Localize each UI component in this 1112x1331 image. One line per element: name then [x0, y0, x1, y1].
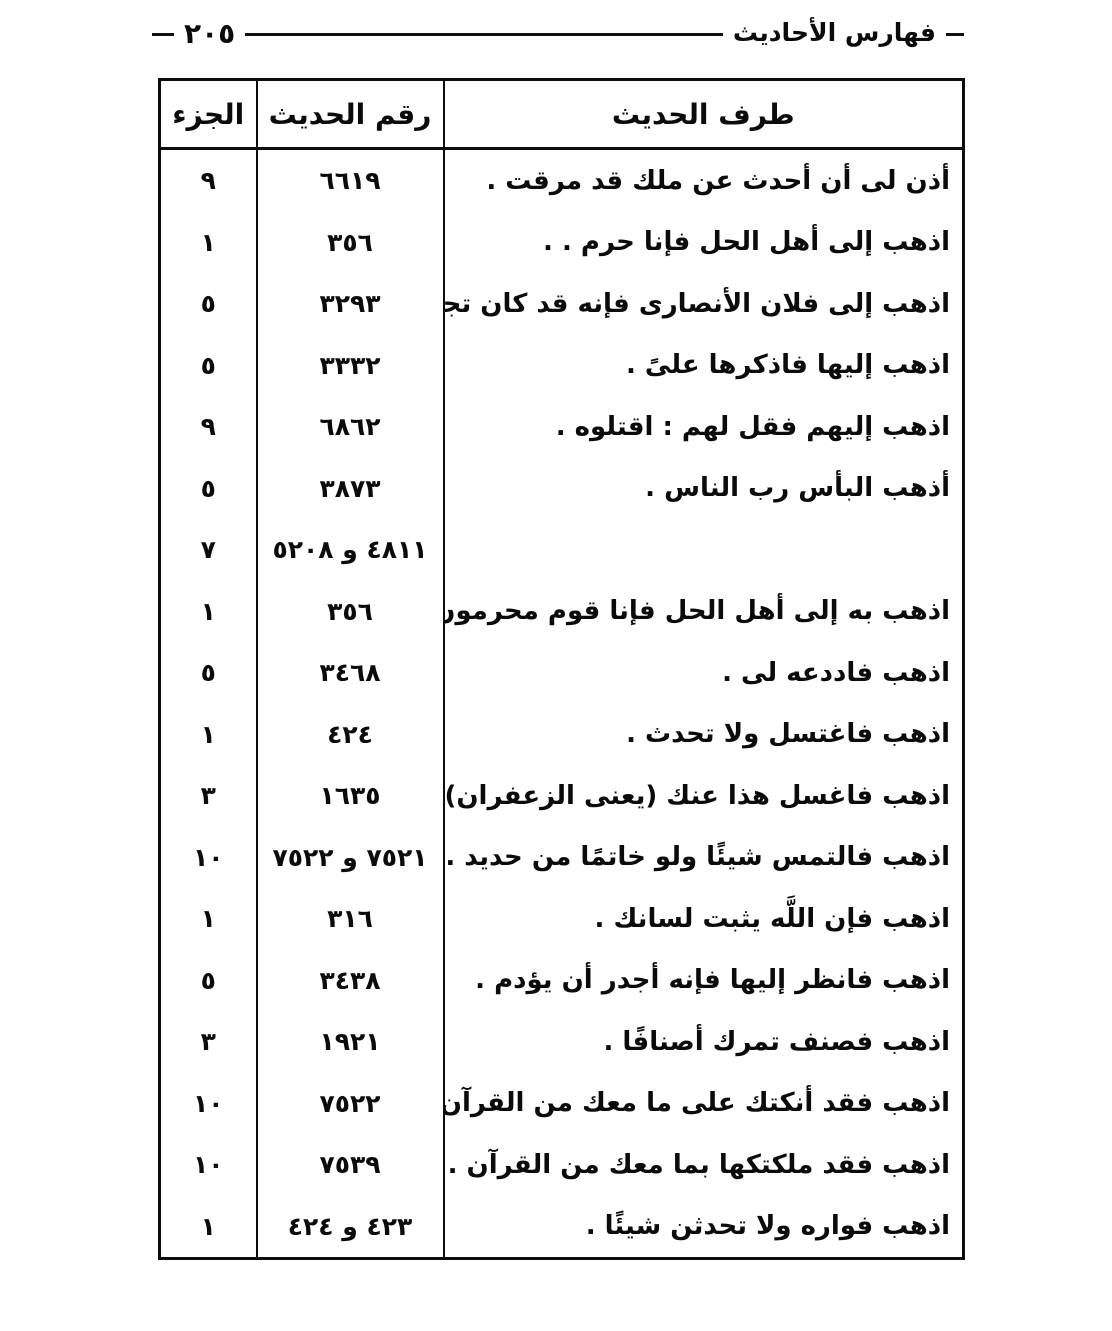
part-number-cell: ٣	[160, 765, 257, 827]
part-number-cell: ٩	[160, 149, 257, 212]
hadith-text-cell: اذهب فاغتسل ولا تحدث .	[444, 704, 964, 766]
part-number-cell: ٥	[160, 273, 257, 335]
hadith-text-cell: اذهب فقد ملكتكها بما معك من القرآن .	[444, 1134, 964, 1196]
hadith-text-cell: اذهب فواره ولا تحدثن شيئًا .	[444, 1196, 964, 1259]
table-row: اذهب فقد أنكتك على ما معك من القرآن . ٧٥…	[160, 1073, 964, 1135]
page-header: فهارس الأحاديث ٢٠٥	[152, 16, 964, 52]
header-dash-left	[152, 33, 174, 36]
table-row: ٤٨١١ و ٥٢٠٨ ٧	[160, 519, 964, 581]
hadith-number-cell: ٣٤٦٨	[257, 642, 444, 704]
part-number-cell: ١٠	[160, 827, 257, 889]
column-header-hadith-text: طرف الحديث	[444, 80, 964, 149]
hadith-number-cell: ٣١٦	[257, 888, 444, 950]
table-row: أذهب البأس رب الناس . ٣٨٧٣ ٥	[160, 458, 964, 520]
part-number-cell: ١	[160, 212, 257, 274]
hadith-number-cell: ١٩٢١	[257, 1011, 444, 1073]
table-body: أذن لى أن أحدث عن ملك قد مرقت . ٦٦١٩ ٩ ا…	[160, 149, 964, 1259]
hadith-text-cell: اذهب فإن اللَّه يثبت لسانك .	[444, 888, 964, 950]
table-row: اذهب فالتمس شيئًا ولو خاتمًا من حديد . ٧…	[160, 827, 964, 889]
part-number-cell: ٩	[160, 396, 257, 458]
column-header-hadith-number: رقم الحديث	[257, 80, 444, 149]
hadith-number-cell: ٦٦١٩	[257, 149, 444, 212]
table-row: اذهب فانظر إليها فإنه أجدر أن يؤدم . ٣٤٣…	[160, 950, 964, 1012]
table-header: طرف الحديث رقم الحديث الجزء	[160, 80, 964, 149]
part-number-cell: ١	[160, 888, 257, 950]
part-number-cell: ٥	[160, 335, 257, 397]
hadith-text-cell: أذن لى أن أحدث عن ملك قد مرقت .	[444, 149, 964, 212]
hadith-number-cell: ٤٨١١ و ٥٢٠٨	[257, 519, 444, 581]
hadith-text-cell: اذهب فانظر إليها فإنه أجدر أن يؤدم .	[444, 950, 964, 1012]
hadith-text-cell: اذهب فاغسل هذا عنك (يعنى الزعفران) .	[444, 765, 964, 827]
section-title: فهارس الأحاديث	[733, 20, 936, 49]
hadith-text-cell: اذهب فالتمس شيئًا ولو خاتمًا من حديد .	[444, 827, 964, 889]
table-row: اذهب فاددعه لى . ٣٤٦٨ ٥	[160, 642, 964, 704]
hadith-number-cell: ٣٥٦	[257, 581, 444, 643]
hadith-number-cell: ٧٥٢١ و ٧٥٢٢	[257, 827, 444, 889]
table-row: اذهب فواره ولا تحدثن شيئًا . ٤٢٣ و ٤٢٤ ١	[160, 1196, 964, 1259]
hadith-number-cell: ٤٢٣ و ٤٢٤	[257, 1196, 444, 1259]
hadith-text-cell: اذهب فاددعه لى .	[444, 642, 964, 704]
part-number-cell: ٧	[160, 519, 257, 581]
hadith-text-cell: أذهب البأس رب الناس .	[444, 458, 964, 520]
hadith-number-cell: ٧٥٣٩	[257, 1134, 444, 1196]
hadith-text-cell: اذهب إلى أهل الحل فإنا حرم . .	[444, 212, 964, 274]
table-row: اذهب إلى أهل الحل فإنا حرم . . ٣٥٦ ١	[160, 212, 964, 274]
part-number-cell: ٥	[160, 458, 257, 520]
part-number-cell: ٣	[160, 1011, 257, 1073]
part-number-cell: ٥	[160, 950, 257, 1012]
table-row: اذهب إليها فاذكرها علىً . ٣٣٣٢ ٥	[160, 335, 964, 397]
page-number: ٢٠٥	[184, 20, 235, 48]
hadith-number-cell: ٤٢٤	[257, 704, 444, 766]
part-number-cell: ١	[160, 581, 257, 643]
hadith-text-cell: اذهب إليهم فقل لهم : اقتلوه .	[444, 396, 964, 458]
table-row: اذهب فاغتسل ولا تحدث . ٤٢٤ ١	[160, 704, 964, 766]
hadith-text-cell: اذهب به إلى أهل الحل فإنا قوم محرمون .	[444, 581, 964, 643]
part-number-cell: ١	[160, 1196, 257, 1259]
table-row: أذن لى أن أحدث عن ملك قد مرقت . ٦٦١٩ ٩	[160, 149, 964, 212]
part-number-cell: ١٠	[160, 1134, 257, 1196]
table-row: اذهب فقد ملكتكها بما معك من القرآن . ٧٥٣…	[160, 1134, 964, 1196]
hadith-number-cell: ٣٨٧٣	[257, 458, 444, 520]
hadith-number-cell: ١٦٣٥	[257, 765, 444, 827]
hadith-number-cell: ٣٥٦	[257, 212, 444, 274]
table-header-row: طرف الحديث رقم الحديث الجزء	[160, 80, 964, 149]
table-row: اذهب إليهم فقل لهم : اقتلوه . ٦٨٦٢ ٩	[160, 396, 964, 458]
hadith-text-cell	[444, 519, 964, 581]
hadith-number-cell: ٣٤٣٨	[257, 950, 444, 1012]
table-row: اذهب فصنف تمرك أصنافًا . ١٩٢١ ٣	[160, 1011, 964, 1073]
column-header-part: الجزء	[160, 80, 257, 149]
hadith-text-cell: اذهب فصنف تمرك أصنافًا .	[444, 1011, 964, 1073]
part-number-cell: ١٠	[160, 1073, 257, 1135]
table-row: اذهب فإن اللَّه يثبت لسانك . ٣١٦ ١	[160, 888, 964, 950]
hadith-text-cell: اذهب فقد أنكتك على ما معك من القرآن .	[444, 1073, 964, 1135]
book-page: فهارس الأحاديث ٢٠٥ طرف الحديث رقم الحديث…	[0, 0, 1112, 1331]
part-number-cell: ١	[160, 704, 257, 766]
table-row: اذهب فاغسل هذا عنك (يعنى الزعفران) . ١٦٣…	[160, 765, 964, 827]
table-row: اذهب إلى فلان الأنصارى فإنه قد كان تجهز …	[160, 273, 964, 335]
table-row: اذهب به إلى أهل الحل فإنا قوم محرمون . ٣…	[160, 581, 964, 643]
hadith-text-cell: اذهب إليها فاذكرها علىً .	[444, 335, 964, 397]
header-rule	[245, 33, 723, 36]
hadith-text-cell: اذهب إلى فلان الأنصارى فإنه قد كان تجهز …	[444, 273, 964, 335]
hadith-number-cell: ٧٥٢٢	[257, 1073, 444, 1135]
part-number-cell: ٥	[160, 642, 257, 704]
hadith-number-cell: ٣٣٣٢	[257, 335, 444, 397]
hadith-index-table: طرف الحديث رقم الحديث الجزء أذن لى أن أح…	[158, 78, 965, 1260]
hadith-number-cell: ٦٨٦٢	[257, 396, 444, 458]
header-dash-right	[946, 33, 964, 36]
hadith-number-cell: ٣٢٩٣	[257, 273, 444, 335]
